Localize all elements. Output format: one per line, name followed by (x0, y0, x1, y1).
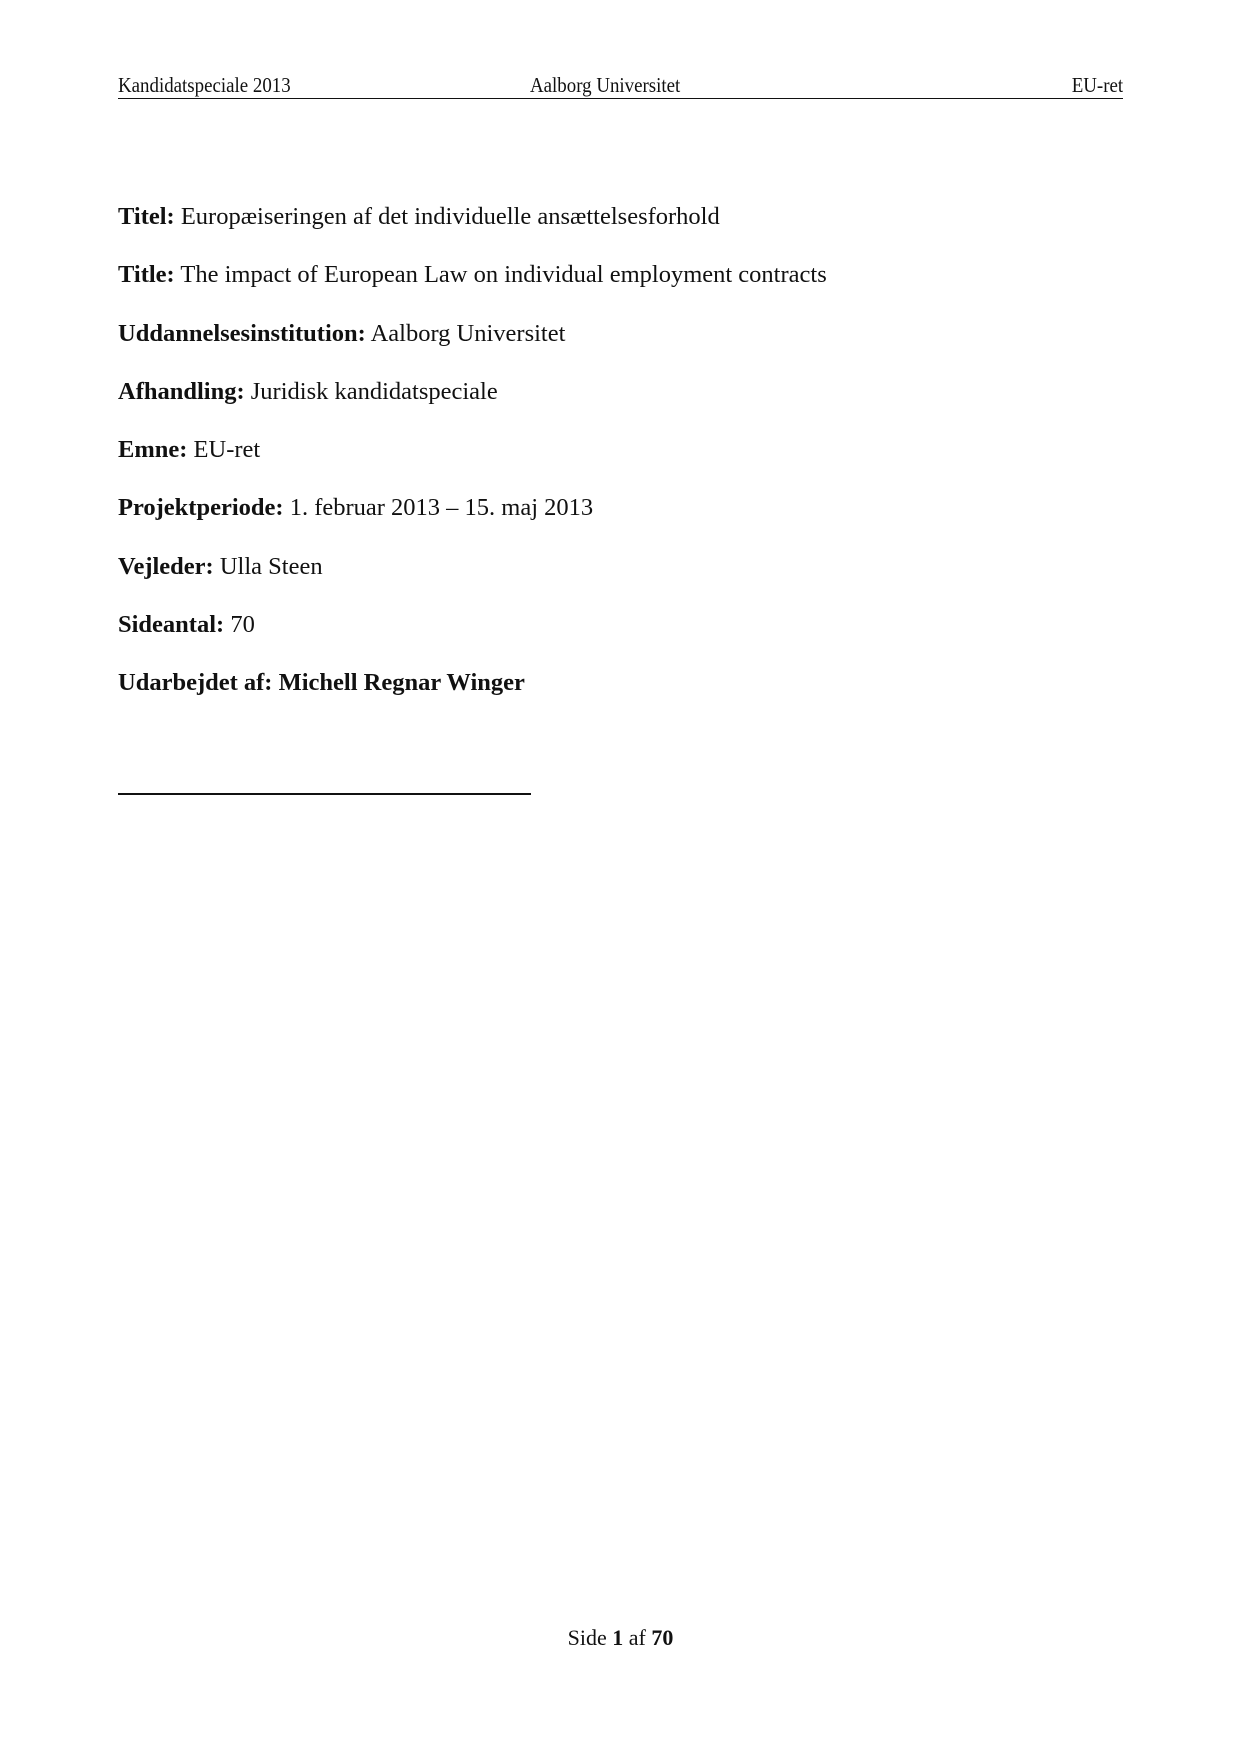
title-page-fields: Titel: Europæiseringen af det individuel… (118, 200, 1118, 725)
field-value: The impact of European Law on individual… (180, 261, 826, 288)
field-label: Title: (118, 261, 175, 288)
field-udarbejdet-af: Udarbejdet af: Michell Regnar Winger (118, 666, 1118, 724)
field-projektperiode: Projektperiode: 1. februar 2013 – 15. ma… (118, 491, 1118, 549)
page-header: Kandidatspeciale 2013 Aalborg Universite… (118, 72, 1123, 99)
field-label: Emne: (118, 436, 187, 463)
field-value: 1. februar 2013 – 15. maj 2013 (290, 494, 593, 521)
page-footer: Side 1 af 70 (0, 1624, 1241, 1652)
field-value: Europæiseringen af det individuelle ansæ… (181, 203, 720, 230)
footer-current-page: 1 (612, 1625, 623, 1650)
field-label: Vejleder: (118, 553, 214, 580)
header-right-text: EU-ret (1072, 72, 1123, 98)
footer-prefix: Side (568, 1625, 607, 1650)
field-titel: Titel: Europæiseringen af det individuel… (118, 200, 1118, 258)
field-vejleder: Vejleder: Ulla Steen (118, 550, 1118, 608)
signature-line (118, 793, 531, 795)
header-center-text: Aalborg Universitet (530, 72, 680, 98)
footer-separator: af (629, 1625, 646, 1650)
field-label: Afhandling: (118, 378, 245, 405)
header-left-text: Kandidatspeciale 2013 (118, 72, 291, 98)
field-emne: Emne: EU-ret (118, 433, 1118, 491)
field-value: Michell Regnar Winger (279, 669, 525, 696)
field-value: Juridisk kandidatspeciale (251, 378, 498, 405)
field-value: Aalborg Universitet (371, 320, 566, 347)
field-label: Udarbejdet af: (118, 669, 272, 696)
field-label: Projektperiode: (118, 494, 284, 521)
field-afhandling: Afhandling: Juridisk kandidatspeciale (118, 375, 1118, 433)
field-label: Uddannelsesinstitution: (118, 320, 366, 347)
field-uddannelsesinstitution: Uddannelsesinstitution: Aalborg Universi… (118, 317, 1118, 375)
field-label: Sideantal: (118, 611, 224, 638)
field-value: 70 (230, 611, 255, 638)
field-title: Title: The impact of European Law on ind… (118, 258, 1118, 316)
field-sideantal: Sideantal: 70 (118, 608, 1118, 666)
footer-total-pages: 70 (651, 1625, 673, 1650)
field-label: Titel: (118, 203, 175, 230)
field-value: EU-ret (194, 436, 261, 463)
field-value: Ulla Steen (220, 553, 323, 580)
